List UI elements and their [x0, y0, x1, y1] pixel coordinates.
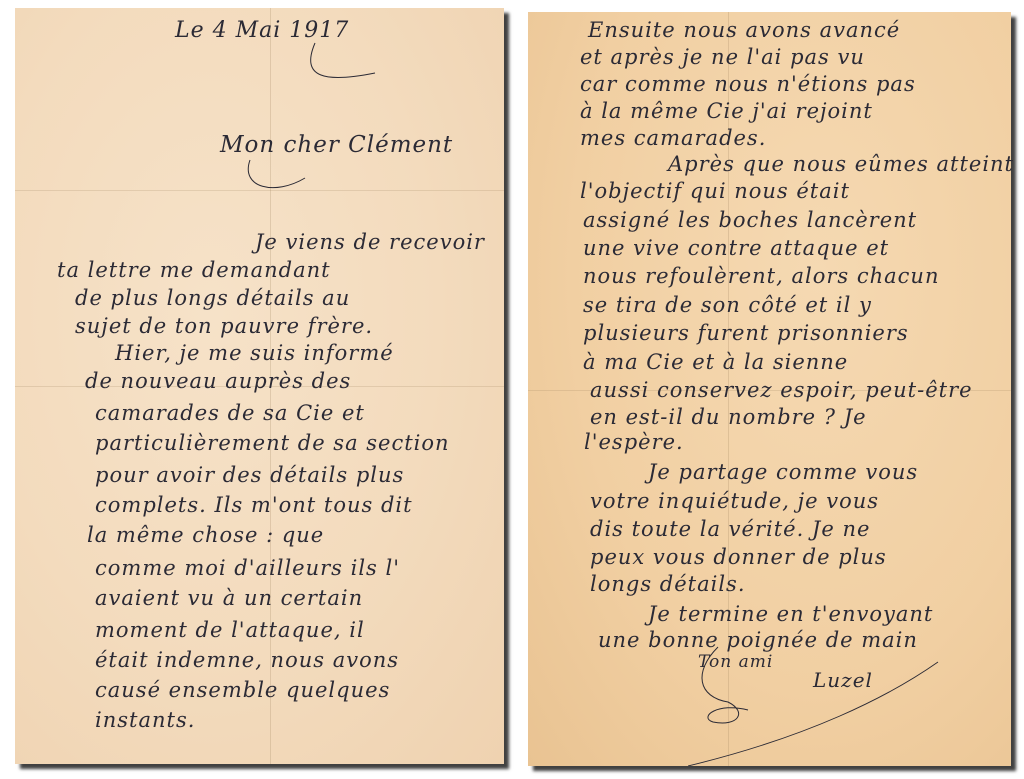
letter-line: se tira de son côté et il y [583, 293, 872, 317]
letter-line: causé ensemble quelques [95, 678, 390, 702]
date-flourish [285, 38, 385, 83]
letter-line: la même chose : que [87, 523, 324, 547]
letter-line: de plus longs détails au [75, 286, 350, 310]
letter-salutation: Mon cher Clément [220, 132, 453, 158]
letter-line: Hier, je me suis informé [115, 341, 394, 365]
salutation-flourish [235, 158, 315, 198]
letter-line: l'objectif qui nous était [580, 179, 850, 203]
letter-line: camarades de sa Cie et [95, 401, 365, 425]
letter-line: à la même Cie j'ai rejoint [580, 99, 873, 123]
letter-line: Je termine en t'envoyant [648, 602, 933, 626]
letter-line: avaient vu à un certain [95, 586, 363, 610]
letter-line: votre inquiétude, je vous [590, 489, 879, 513]
letter-line: Je partage comme vous [648, 460, 918, 484]
letter-line: mes camarades. [580, 126, 766, 150]
letter-page-1: Le 4 Mai 1917 Mon cher Clément Je viens … [15, 8, 504, 764]
letter-line: pour avoir des détails plus [95, 463, 404, 487]
letter-line: longs détails. [590, 572, 746, 596]
letter-line: complets. Ils m'ont tous dit [95, 493, 413, 517]
letter-line: Ensuite nous avons avancé [588, 18, 900, 42]
letter-line: ta lettre me demandant [57, 258, 331, 282]
letter-line: en est-il du nombre ? Je [590, 405, 867, 429]
letter-line: plusieurs furent prisonniers [583, 321, 909, 345]
letter-page-2: Ensuite nous avons avancé et après je ne… [528, 12, 1011, 766]
letter-line: peux vous donner de plus [590, 545, 887, 569]
letter-line: nous refoulèrent, alors chacun [583, 264, 939, 288]
letter-line: particulièrement de sa section [95, 431, 450, 455]
letter-line: instants. [95, 708, 195, 732]
letter-line: sujet de ton pauvre frère. [75, 314, 373, 338]
letter-line: car comme nous n'étions pas [580, 72, 916, 96]
letter-line: moment de l'attaque, il [95, 618, 365, 642]
letter-line: l'espère. [584, 430, 684, 454]
letter-line: comme moi d'ailleurs ils l' [95, 556, 400, 580]
letter-line: à ma Cie et à la sienne [583, 350, 848, 374]
letter-line: et après je ne l'ai pas vu [580, 45, 865, 69]
letter-line: était indemne, nous avons [95, 648, 399, 672]
letter-line: Après que nous eûmes atteint [668, 152, 1014, 176]
letter-line: dis toute la vérité. Je ne [590, 517, 870, 541]
letter-line: aussi conservez espoir, peut-être [590, 378, 973, 402]
letter-line: une vive contre attaque et [583, 236, 889, 260]
letter-line: de nouveau auprès des [85, 369, 351, 393]
letter-line: Je viens de recevoir [255, 230, 485, 254]
letter-line: assigné les boches lancèrent [583, 208, 917, 232]
signature-flourish [688, 642, 948, 766]
